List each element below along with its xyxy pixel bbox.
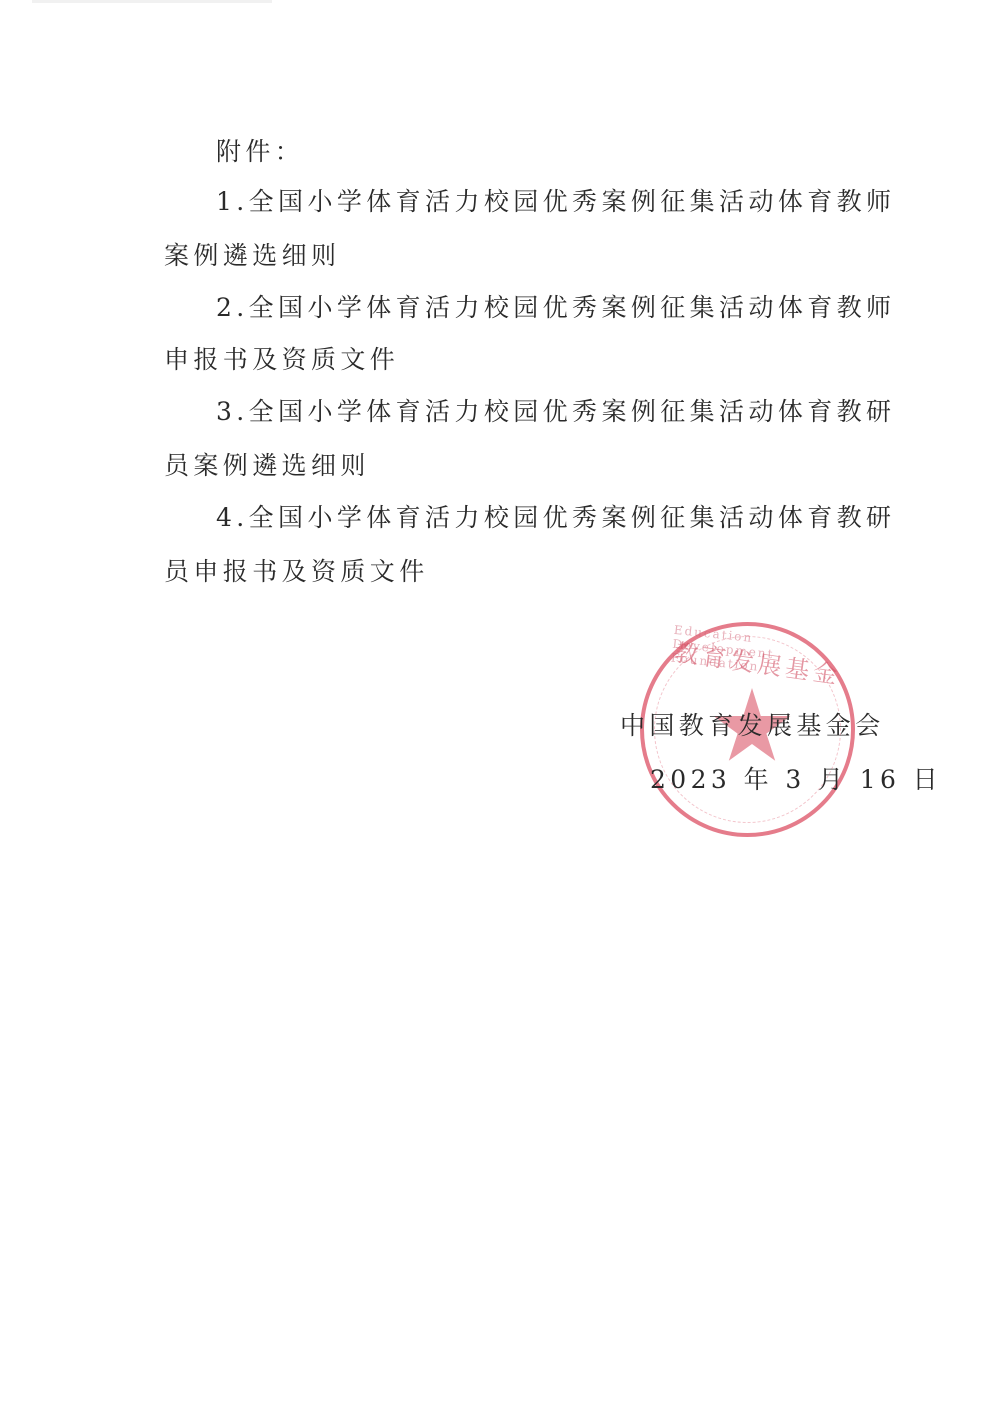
attachment-3-line1: 3.全国小学体育活力校园优秀案例征集活动体育教研 xyxy=(216,396,895,428)
signature-organization: 中国教育发展基金会 xyxy=(620,706,885,742)
attachment-4-line1: 4.全国小学体育活力校园优秀案例征集活动体育教研 xyxy=(216,502,895,534)
attachment-4-line2: 员申报书及资质文件 xyxy=(164,556,429,588)
attachment-1-line2: 案例遴选细则 xyxy=(164,240,340,272)
signature-date: 2023 年 3 月 16 日 xyxy=(650,760,942,796)
attachment-3-line2: 员案例遴选细则 xyxy=(164,450,370,482)
attachments-heading: 附件： xyxy=(216,136,304,168)
attachment-2-line2: 申报书及资质文件 xyxy=(164,344,399,376)
attachment-2-line1: 2.全国小学体育活力校园优秀案例征集活动体育教师 xyxy=(216,292,895,324)
scan-artifact xyxy=(32,0,272,3)
attachment-1-line1: 1.全国小学体育活力校园优秀案例征集活动体育教师 xyxy=(216,186,895,218)
